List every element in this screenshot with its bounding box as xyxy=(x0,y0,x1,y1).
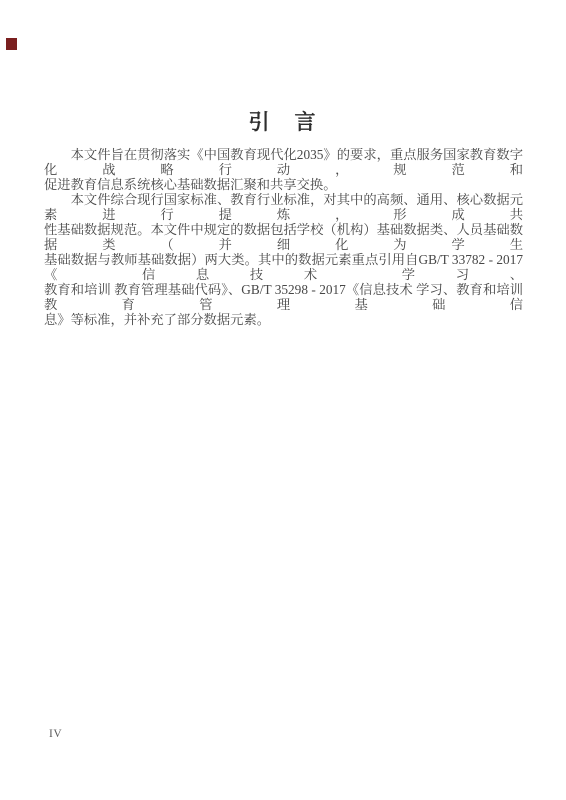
paragraph-2-line-2: 性基础数据规范。本文件中规定的数据包括学校（机构）基础数据类、人员基础数据类（并… xyxy=(44,222,523,252)
paragraph-1-line-2: 促进教育信息系统核心基础数据汇聚和共享交换。 xyxy=(44,177,523,192)
paragraph-2-line-1: 本文件综合现行国家标准、教育行业标准，对其中的高频、通用、核心数据元素进行提炼，… xyxy=(44,192,523,222)
paragraph-1-line-1: 本文件旨在贯彻落实《中国教育现代化2035》的要求，重点服务国家教育数字化战略行… xyxy=(44,147,523,177)
paragraph-2-line-3: 基础数据与教师基础数据）两大类。其中的数据元素重点引用自GB/T 33782 -… xyxy=(44,252,523,282)
page-number: IV xyxy=(49,728,62,740)
paragraph-2-line-5: 息》等标准，并补充了部分数据元素。 xyxy=(44,312,523,327)
document-page: 引 言 本文件旨在贯彻落实《中国教育现代化2035》的要求，重点服务国家教育数字… xyxy=(0,0,566,800)
document-body: 本文件旨在贯彻落实《中国教育现代化2035》的要求，重点服务国家教育数字化战略行… xyxy=(44,147,523,327)
page-title: 引 言 xyxy=(0,110,566,135)
paragraph-2-line-4: 教育和培训 教育管理基础代码》、GB/T 35298 - 2017《信息技术 学… xyxy=(44,282,523,312)
red-corner-mark xyxy=(6,38,17,50)
